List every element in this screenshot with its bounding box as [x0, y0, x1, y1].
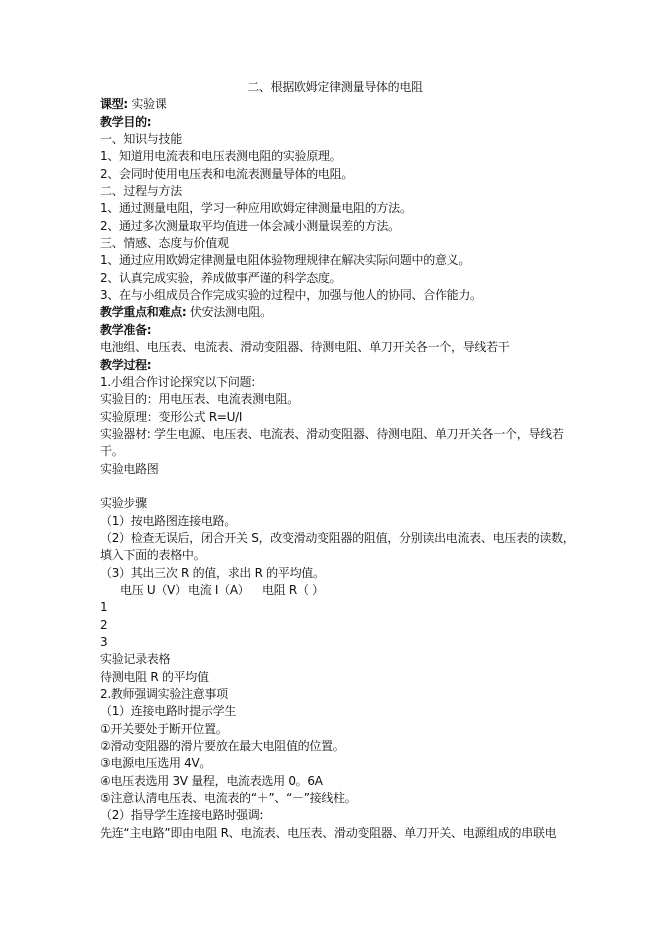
- header-voltage: 电压 U（V）: [120, 582, 188, 599]
- objective-item: 1、通过测量电阻，学习一种应用欧姆定律测量电阻的方法。: [100, 200, 570, 217]
- objective-section-heading: 二、过程与方法: [100, 183, 570, 200]
- objective-item: 2、通过多次测量取平均值进一体会减小测量误差的方法。: [100, 218, 570, 235]
- sub-step-1: （1）连接电路时提示学生: [100, 703, 570, 720]
- circuit-diagram-label: 实验电路图: [100, 461, 570, 478]
- objective-item: 3、在与小组成员合作完成实验的过程中，加强与他人的协同、合作能力。: [100, 287, 570, 304]
- objective-item: 2、认真完成实验，养成做事严谨的科学态度。: [100, 270, 570, 287]
- preparation-text: 电池组、电压表、电流表、滑动变阻器、待测电阻、单刀开关各一个，导线若干: [100, 339, 570, 356]
- record-table-row: 1: [100, 599, 570, 616]
- objective-section-heading: 一、知识与技能: [100, 131, 570, 148]
- step-item: （3）其出三次 R 的值，求出 R 的平均值。: [100, 565, 570, 582]
- course-type-value: 实验课: [131, 97, 166, 111]
- document-title: 二、根据欧姆定律测量导体的电阻: [100, 79, 570, 96]
- note-item: ⑤注意认清电压表、电流表的“＋”、“－”接线柱。: [100, 790, 570, 807]
- note-item: ③电源电压选用 4V。: [100, 755, 570, 772]
- step-item: 填入下面的表格中。: [100, 547, 570, 564]
- experiment-equipment-cont: 干。: [100, 443, 570, 460]
- objective-section-heading: 三、情感、态度与价值观: [100, 235, 570, 252]
- objective-item: 1、通过应用欧姆定律测量电阻体验物理规律在解决实际问题中的意义。: [100, 252, 570, 269]
- process-step-1: 1.小组合作讨论探究以下问题:: [100, 374, 570, 391]
- header-resistance: 电阻 R（ ）: [262, 582, 324, 599]
- note-item: ②滑动变阻器的滑片要放在最大电阻值的位置。: [100, 738, 570, 755]
- key-points-label: 教学重点和难点:: [100, 305, 186, 319]
- objectives-heading: 教学目的:: [100, 114, 570, 131]
- course-type-label: 课型:: [100, 97, 128, 111]
- sub-step-2: （2）指导学生连接电路时强调:: [100, 807, 570, 824]
- experiment-purpose: 实验目的：用电压表、电流表测电阻。: [100, 391, 570, 408]
- key-points: 教学重点和难点: 伏安法测电阻。: [100, 304, 570, 321]
- document-page: 二、根据欧姆定律测量导体的电阻 课型: 实验课 教学目的: 一、知识与技能 1、…: [100, 79, 570, 842]
- experiment-principle: 实验原理：变形公式 R=U/I: [100, 409, 570, 426]
- blank-line: [100, 478, 570, 495]
- process-step-2: 2.教师强调实验注意事项: [100, 686, 570, 703]
- table-caption: 实验记录表格: [100, 651, 570, 668]
- steps-heading: 实验步骤: [100, 495, 570, 512]
- header-current: 电流 I（A）: [188, 582, 262, 599]
- step-item: （1）按电路图连接电路。: [100, 513, 570, 530]
- record-table-row: 3: [100, 634, 570, 651]
- key-points-value: 伏安法测电阻。: [190, 305, 272, 319]
- process-heading: 教学过程:: [100, 357, 570, 374]
- final-line: 先连“主电路”即由电阻 R、电流表、电压表、滑动变阻器、单刀开关、电源组成的串联…: [100, 825, 570, 842]
- record-table-row: 2: [100, 617, 570, 634]
- note-item: ④电压表选用 3V 量程，电流表选用 0。6A: [100, 773, 570, 790]
- course-type: 课型: 实验课: [100, 96, 570, 113]
- preparation-heading: 教学准备:: [100, 322, 570, 339]
- experiment-equipment: 实验器材: 学生电源、电压表、电流表、滑动变阻器、待测电阻、单刀开关各一个，导线…: [100, 426, 570, 443]
- step-item: （2）检查无误后，闭合开关 S，改变滑动变阻器的阻值，分别读出电流表、电压表的读…: [100, 530, 570, 547]
- note-item: ①开关要处于断开位置。: [100, 721, 570, 738]
- objective-item: 2、会同时使用电压表和电流表测量导体的电阻。: [100, 166, 570, 183]
- record-table-header: 电压 U（V）电流 I（A）电阻 R（ ）: [100, 582, 570, 599]
- average-resistance: 待测电阻 R 的平均值: [100, 669, 570, 686]
- objective-item: 1、知道用电流表和电压表测电阻的实验原理。: [100, 148, 570, 165]
